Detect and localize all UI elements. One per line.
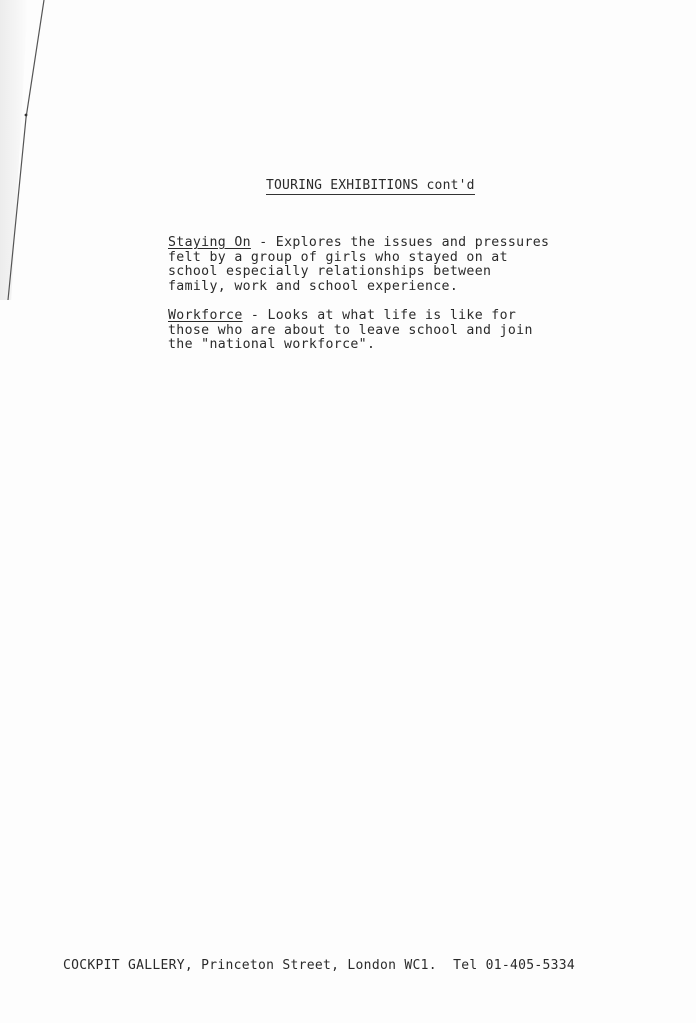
entry-line: those who are about to leave school and … — [168, 323, 533, 338]
entry-term: Staying On — [168, 235, 251, 250]
entry-line: family, work and school experience. — [168, 279, 458, 294]
entry-staying-on: Staying On - Explores the issues and pre… — [168, 236, 588, 294]
entry-line: the "national workforce". — [168, 337, 375, 352]
page-edge-line — [0, 0, 60, 300]
document-page: TOURING EXHIBITIONS cont'd Staying On - … — [0, 0, 696, 1023]
entry-line: - Explores the issues and pressures — [251, 235, 549, 250]
page-footer: COCKPIT GALLERY, Princeton Street, Londo… — [63, 958, 575, 973]
footer-address: COCKPIT GALLERY, Princeton Street, Londo… — [63, 958, 437, 973]
entry-workforce: Workforce - Looks at what life is like f… — [168, 309, 588, 353]
page-heading: TOURING EXHIBITIONS cont'd — [266, 178, 475, 195]
entry-term: Workforce — [168, 308, 243, 323]
entry-line: - Looks at what life is like for — [243, 308, 517, 323]
footer-telephone: Tel 01-405-5334 — [453, 958, 575, 973]
entry-line: felt by a group of girls who stayed on a… — [168, 250, 508, 265]
entry-line: school especially relationships between — [168, 264, 491, 279]
